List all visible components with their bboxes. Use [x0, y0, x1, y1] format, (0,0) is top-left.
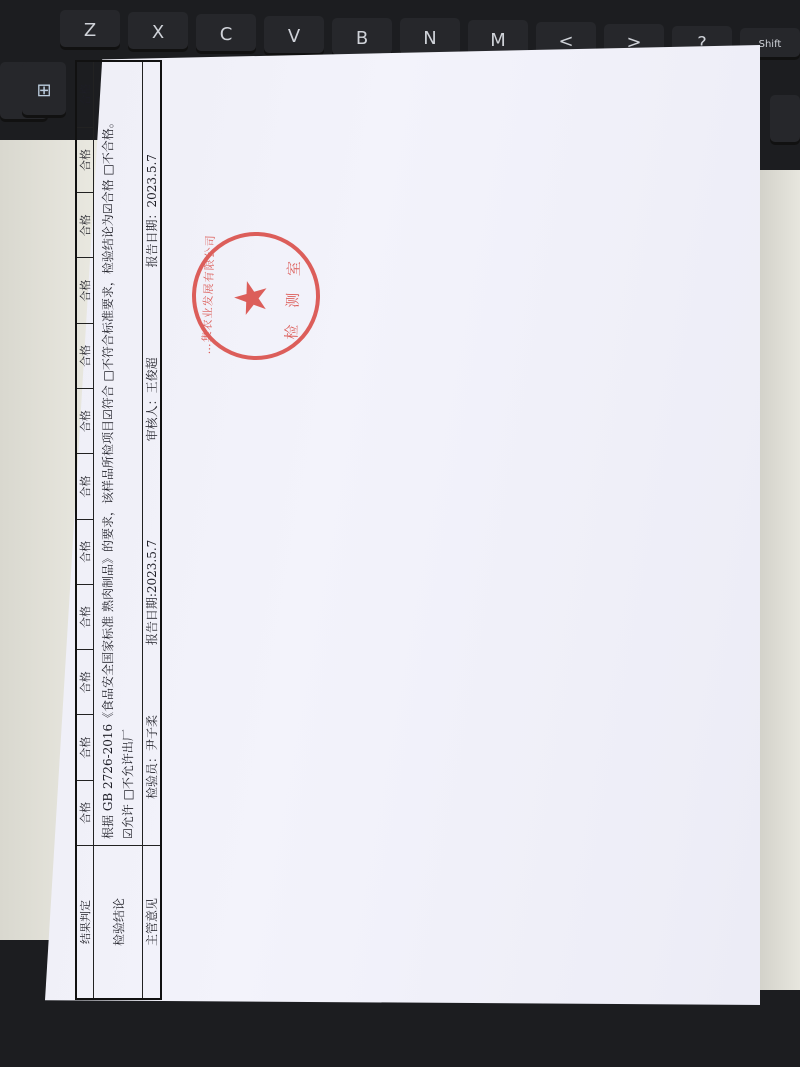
result-cell: 合格: [76, 454, 94, 519]
result-cell: 合格: [76, 61, 94, 127]
conclusion-text: 根据 GB 2726-2016《食品安全国家标准 熟肉制品》的要求，该样品所检项…: [98, 68, 118, 839]
release-text: ☑允许 □不允许出厂: [118, 68, 138, 839]
signature-row: 检验员：尹子柔 报告日期:2023.5.7 审核人：王俊超 报告日期：2023.…: [143, 61, 162, 846]
result-cell: 合格: [76, 715, 94, 780]
conclusion-cell: 根据 GB 2726-2016《食品安全国家标准 熟肉制品》的要求，该样品所检项…: [94, 61, 143, 846]
windows-icon: ⊞: [22, 62, 66, 118]
seal-center-text: 检 测 室: [280, 237, 305, 358]
key-c: C: [196, 14, 256, 54]
result-judgement-label: 结果判定: [76, 846, 94, 1000]
result-cell: 合格: [76, 127, 94, 192]
conclusion-label: 检验结论: [94, 846, 143, 1000]
result-cell: 合格: [76, 258, 94, 323]
key-b: B: [332, 18, 392, 58]
key-arrow: [770, 95, 800, 145]
star-icon: ★: [229, 278, 274, 319]
result-cell: 合格: [76, 519, 94, 584]
report-date-2: 报告日期：2023.5.7: [143, 154, 160, 267]
result-cell: 合格: [76, 584, 94, 649]
supervisor-label: 主管意见: [143, 846, 162, 1000]
inspection-report-table: 结果判定 合格 合格 合格 合格 合格 合格 合格 合格 合格 合格 合格 合格…: [75, 60, 160, 1000]
inspector: 检验员：尹子柔: [143, 679, 160, 839]
result-cell: 合格: [76, 389, 94, 454]
report-date-1: 报告日期:2023.5.7: [143, 445, 160, 675]
result-cell: 合格: [76, 780, 94, 845]
result-cell: 合格: [76, 650, 94, 715]
seal-ring-text: …集农业发展有限公司: [198, 234, 218, 354]
reviewer: 审核人：王俊超: [143, 271, 160, 441]
key-x: X: [128, 12, 188, 52]
result-cell: 合格: [76, 193, 94, 258]
result-cell: 合格: [76, 323, 94, 388]
key-v: V: [264, 16, 324, 56]
key-z: Z: [60, 10, 120, 50]
